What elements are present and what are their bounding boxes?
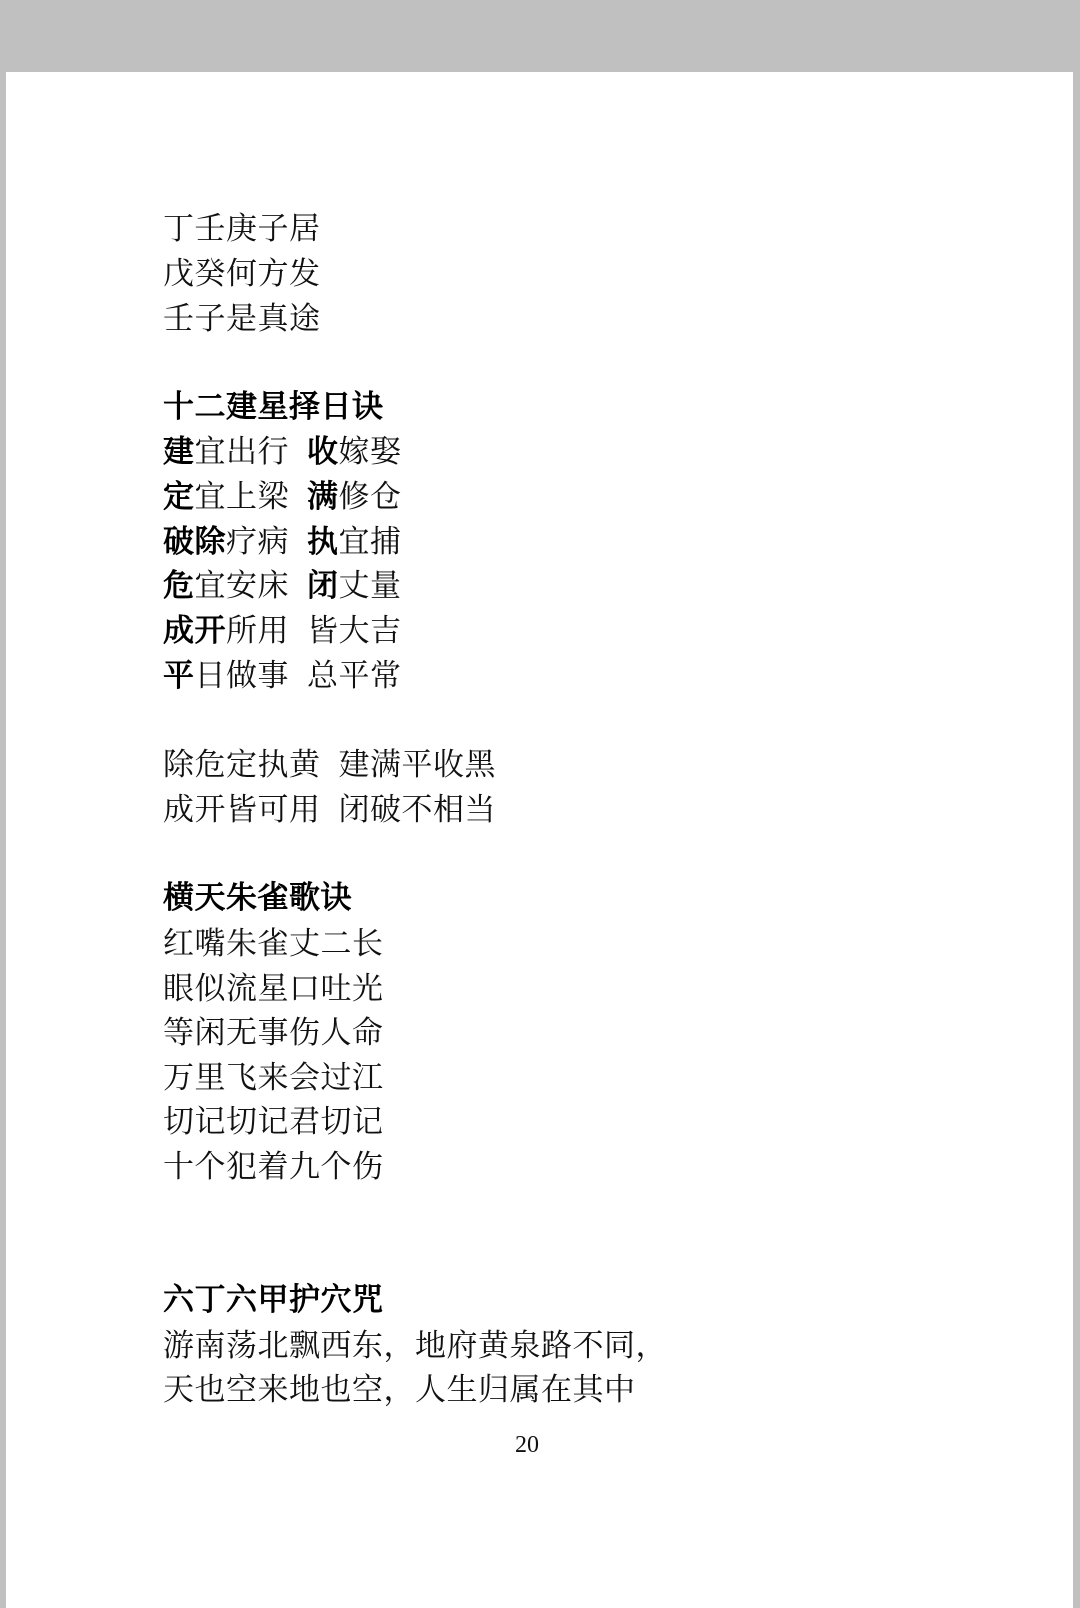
- verse-text: 疗病: [226, 524, 289, 560]
- verse-line: 等闲无事伤人命: [163, 1011, 384, 1056]
- verse-text: 宜捕: [339, 524, 402, 560]
- keyword: 闭: [307, 568, 339, 604]
- verse-row: 破除疗病执宜捕: [163, 520, 402, 565]
- verse-line: 万里飞来会过江: [163, 1056, 384, 1101]
- keyword: 成开: [163, 613, 226, 649]
- verse-text: 宜上梁: [195, 479, 290, 515]
- verse-row: 危宜安床闭丈量: [163, 564, 402, 609]
- keyword: 建: [163, 434, 195, 470]
- verse-row: 建宜出行收嫁娶: [163, 430, 402, 475]
- verse-line: 天也空来地也空，人生归属在其中: [163, 1368, 636, 1413]
- verse-line: 丁壬庚子居: [163, 207, 321, 252]
- section-heading: 六丁六甲护穴咒: [163, 1278, 384, 1323]
- verse-line: 戊癸何方发: [163, 252, 321, 297]
- summary-row: 除危定执黄建满平收黑: [163, 743, 496, 788]
- verse-text: 修仓: [339, 479, 402, 515]
- verse-row: 成开所用皆大吉: [163, 609, 402, 654]
- verse-text: 闭破不相当: [339, 792, 497, 828]
- verse-text: 所用: [226, 613, 289, 649]
- keyword: 满: [307, 479, 339, 515]
- verse-line: 游南荡北飘西东，地府黄泉路不同，: [163, 1324, 667, 1369]
- page-number: 20: [6, 1432, 1048, 1459]
- verse-line: 眼似流星口吐光: [163, 967, 384, 1012]
- keyword: 收: [307, 434, 339, 470]
- verse-text: 嫁娶: [339, 434, 402, 470]
- verse-text: 宜出行: [195, 434, 290, 470]
- verse-text: 丈量: [339, 568, 402, 604]
- section-heading: 十二建星择日诀: [163, 385, 384, 430]
- verse-row: 定宜上梁满修仓: [163, 475, 402, 520]
- keyword: 破除: [163, 524, 226, 560]
- keyword: 平: [163, 658, 195, 694]
- keyword: 定: [163, 479, 195, 515]
- verse-row: 平日做事总平常: [163, 654, 402, 699]
- keyword: 危: [163, 568, 195, 604]
- section-heading: 横天朱雀歌诀: [163, 876, 352, 921]
- verse-text: 建满平收黑: [339, 747, 497, 783]
- document-page: 丁壬庚子居 戊癸何方发 壬子是真途 十二建星择日诀 建宜出行收嫁娶 定宜上梁满修…: [6, 72, 1073, 1608]
- verse-text: 日做事: [195, 658, 290, 694]
- verse-line: 壬子是真途: [163, 297, 321, 342]
- verse-line: 十个犯着九个伤: [163, 1145, 384, 1190]
- verse-text: 皆大吉: [307, 613, 402, 649]
- verse-text: 宜安床: [195, 568, 290, 604]
- verse-line: 切记切记君切记: [163, 1100, 384, 1145]
- summary-row: 成开皆可用闭破不相当: [163, 788, 496, 833]
- verse-text: 除危定执黄: [163, 747, 321, 783]
- verse-line: 红嘴朱雀丈二长: [163, 922, 384, 967]
- keyword: 执: [307, 524, 339, 560]
- verse-text: 总平常: [307, 658, 402, 694]
- verse-text: 成开皆可用: [163, 792, 321, 828]
